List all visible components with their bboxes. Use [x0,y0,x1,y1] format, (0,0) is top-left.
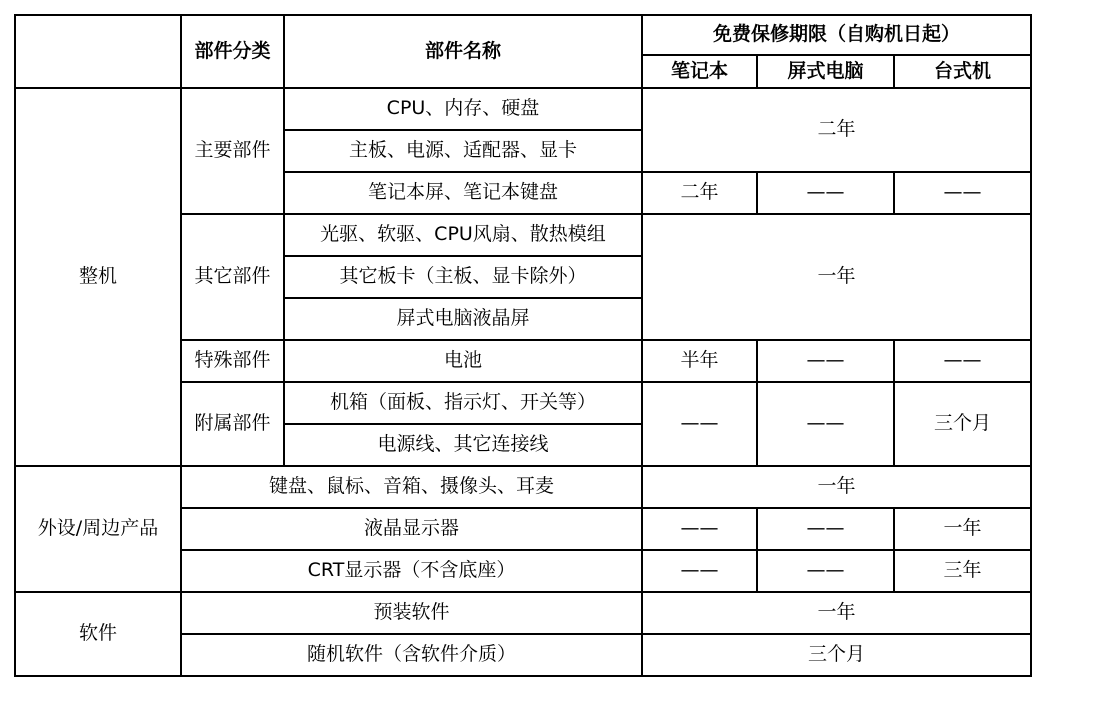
page: 部件分类 部件名称 免费保修期限（自购机日起） 笔记本 屏式电脑 台式机 整机 … [0,0,1113,701]
header-col-screen-pc: 屏式电脑 [757,55,894,88]
warranty-cell-nbparts-desktop: —— [894,172,1031,214]
group-cell-whole-machine: 整机 [15,88,181,466]
category-cell-other-parts: 其它部件 [181,214,284,340]
header-col-notebook: 笔记本 [642,55,757,88]
category-cell-accessory-parts: 附属部件 [181,382,284,466]
part-cell-drives-fan-cooling: 光驱、软驱、CPU风扇、散热模组 [284,214,642,256]
header-col-desktop: 台式机 [894,55,1031,88]
part-cell-battery: 电池 [284,340,642,382]
warranty-cell-battery-notebook: 半年 [642,340,757,382]
category-cell-special-parts: 特殊部件 [181,340,284,382]
warranty-cell-crt-notebook: —— [642,550,757,592]
warranty-cell-crt-screen-pc: —— [757,550,894,592]
warranty-cell-peripheral-one-year: 一年 [642,466,1031,508]
header-corner-cell [15,15,181,88]
warranty-cell-bundled-three-months: 三个月 [642,634,1031,676]
part-cell-other-cards: 其它板卡（主板、显卡除外） [284,256,642,298]
warranty-cell-other-one-year: 一年 [642,214,1031,340]
part-cell-preinstalled-software: 预装软件 [181,592,642,634]
warranty-cell-accessory-desktop: 三个月 [894,382,1031,466]
part-cell-crt-monitor: CRT显示器（不含底座） [181,550,642,592]
header-category-label: 部件分类 [181,15,284,88]
part-cell-screen-pc-lcd: 屏式电脑液晶屏 [284,298,642,340]
warranty-cell-battery-screen-pc: —— [757,340,894,382]
warranty-cell-accessory-notebook: —— [642,382,757,466]
warranty-cell-crt-desktop: 三年 [894,550,1031,592]
warranty-cell-nbparts-notebook: 二年 [642,172,757,214]
warranty-cell-preinstalled-one-year: 一年 [642,592,1031,634]
part-cell-keyboard-mouse-speaker-cam-headset: 键盘、鼠标、音箱、摄像头、耳麦 [181,466,642,508]
part-cell-lcd-monitor: 液晶显示器 [181,508,642,550]
warranty-table: 部件分类 部件名称 免费保修期限（自购机日起） 笔记本 屏式电脑 台式机 整机 … [14,14,1032,677]
group-cell-peripherals: 外设/周边产品 [15,466,181,592]
header-warranty-title: 免费保修期限（自购机日起） [642,15,1031,55]
warranty-cell-lcd-notebook: —— [642,508,757,550]
part-cell-case-panel-led-switch: 机箱（面板、指示灯、开关等） [284,382,642,424]
part-cell-mainboard-psu-adapter-gpu: 主板、电源、适配器、显卡 [284,130,642,172]
warranty-cell-lcd-desktop: 一年 [894,508,1031,550]
warranty-cell-battery-desktop: —— [894,340,1031,382]
part-cell-power-cord-cables: 电源线、其它连接线 [284,424,642,466]
header-part-name-label: 部件名称 [284,15,642,88]
part-cell-cpu-memory-disk: CPU、内存、硬盘 [284,88,642,130]
category-cell-main-parts: 主要部件 [181,88,284,214]
warranty-cell-main-two-years: 二年 [642,88,1031,172]
warranty-cell-nbparts-screen-pc: —— [757,172,894,214]
group-cell-software: 软件 [15,592,181,676]
part-cell-notebook-screen-keyboard: 笔记本屏、笔记本键盘 [284,172,642,214]
warranty-cell-accessory-screen-pc: —— [757,382,894,466]
part-cell-bundled-software: 随机软件（含软件介质） [181,634,642,676]
warranty-cell-lcd-screen-pc: —— [757,508,894,550]
